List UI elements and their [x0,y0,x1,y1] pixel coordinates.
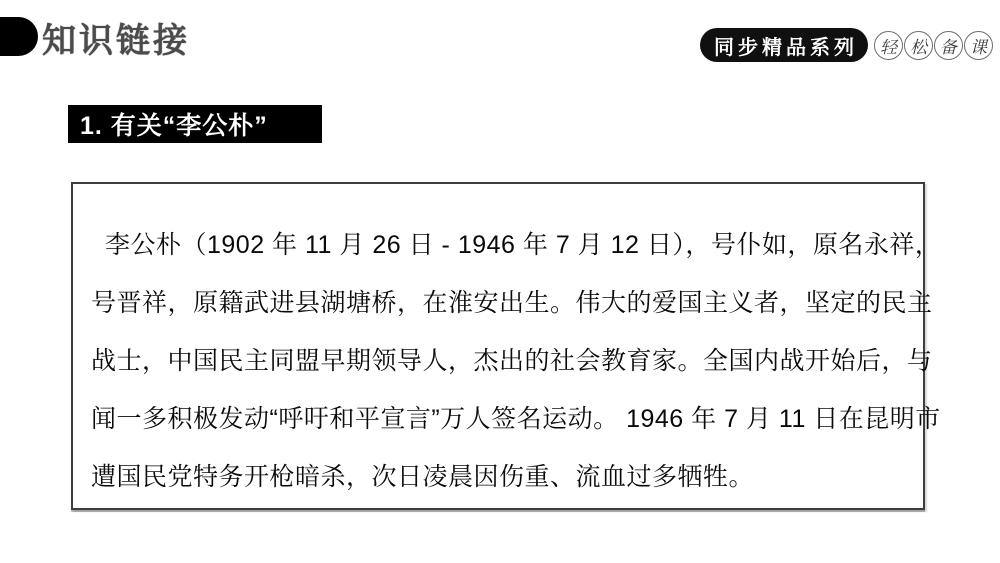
biography-line-1: 李公朴（1902 年 11 月 26 日 - 1946 年 7 月 12 日），… [91,216,907,274]
biography-text-box: 李公朴（1902 年 11 月 26 日 - 1946 年 7 月 12 日），… [71,182,925,510]
stamp-char-ke: 课 [964,31,993,60]
stamp-char-bei: 备 [934,31,963,60]
biography-line-5: 遭国民党特务开枪暗杀，次日凌晨因伤重、流血过多牺牲。 [91,448,907,506]
biography-line-4: 闻一多积极发动“呼吁和平宣言”万人签名运动。 1946 年 7 月 11 日在昆… [91,390,907,448]
biography-line-3: 战士，中国民主同盟早期领导人，杰出的社会教育家。全国内战开始后，与 [91,332,907,390]
header-bullet-shape [0,17,38,56]
biography-line-2: 号晋祥，原籍武进县湖塘桥，在淮安出生。伟大的爱国主义者，坚定的民主 [91,274,907,332]
stamp-char-song: 松 [904,31,933,60]
section-title: 1. 有关“李公朴” [68,105,322,143]
stamp-char-qing: 轻 [874,31,903,60]
stamp-row: 轻 松 备 课 [874,31,993,60]
page-title: 知识链接 [42,13,190,62]
series-badge: 同步精品系列 [700,28,868,62]
